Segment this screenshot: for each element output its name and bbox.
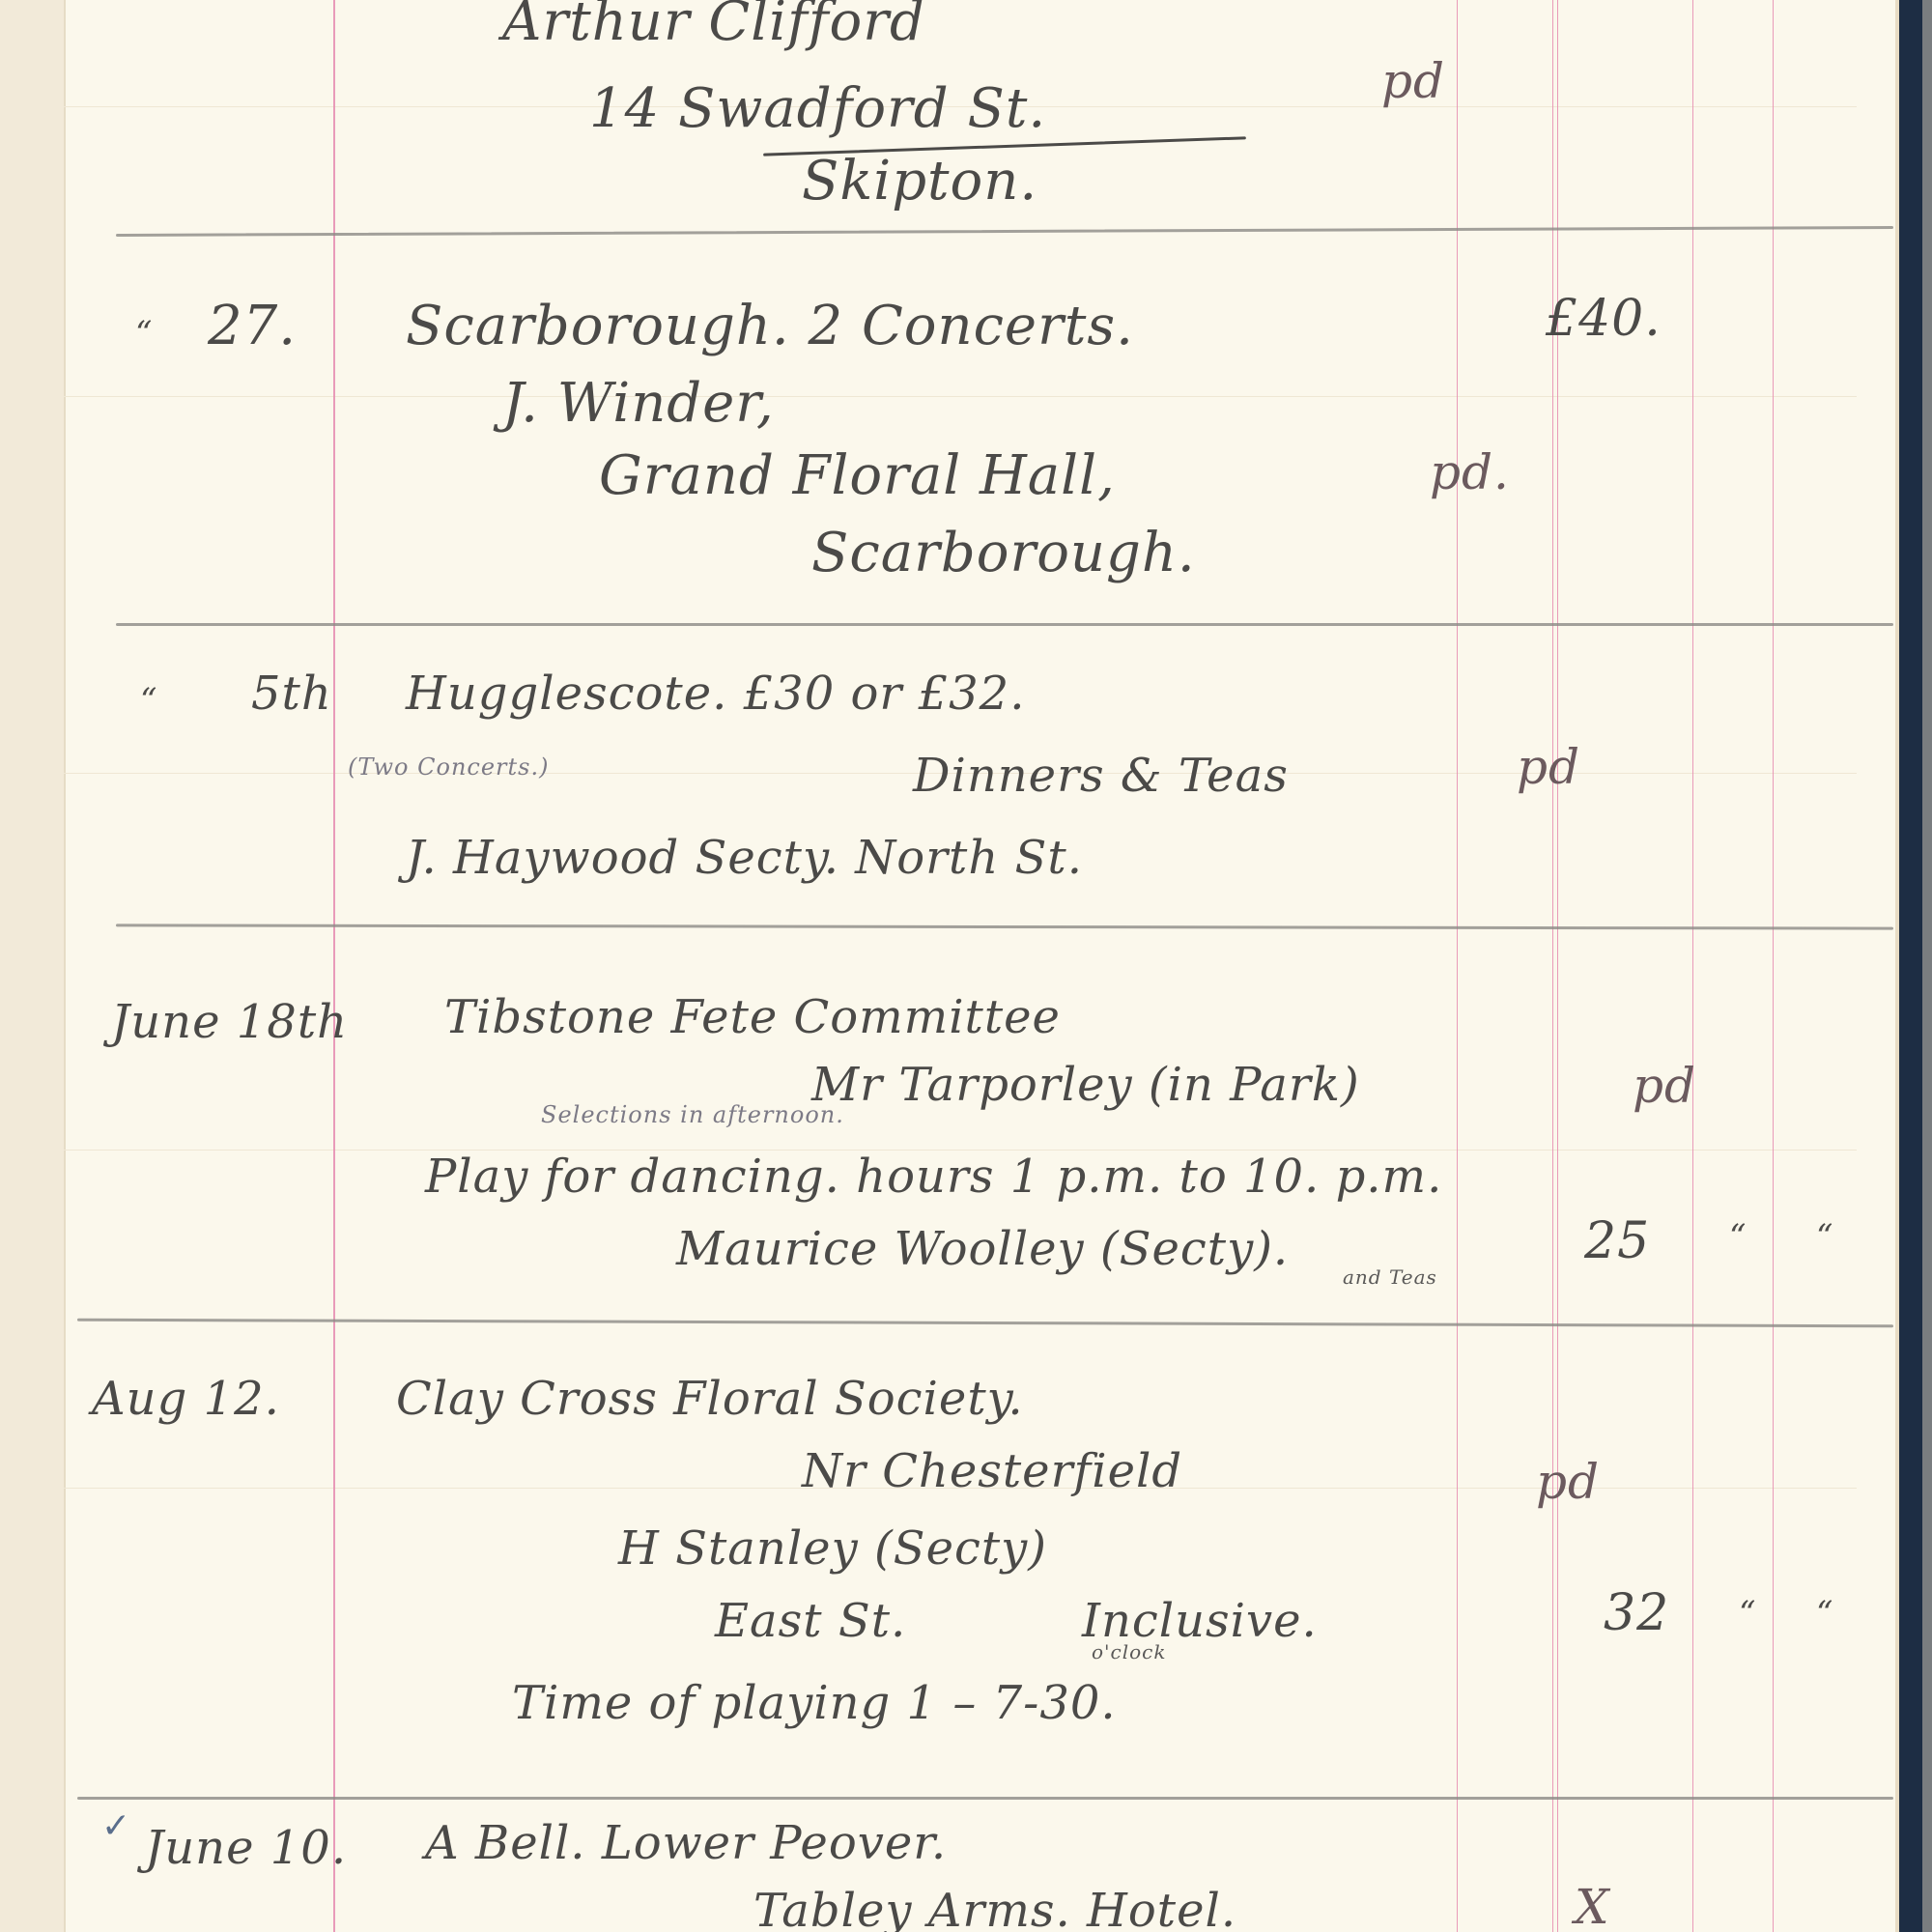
ditto-mark: “ [1816,1217,1833,1256]
entry-line: Skipton. [802,150,1037,213]
entry-amount: 25 [1584,1212,1650,1270]
date-column-rule [333,0,335,1932]
entry-line: Tibstone Fete Committee [444,990,1061,1044]
paid-mark: pd. [1430,444,1510,500]
ditto-mark: “ [140,681,156,720]
oclock-label: o'clock [1092,1640,1167,1663]
entry-line: Time of playing 1 – 7-30. [512,1676,1117,1730]
entry-line: Mr Tarporley (in Park) [811,1058,1360,1112]
entry-separator [116,623,1893,626]
entry-note: (Two Concerts.) [348,753,549,781]
shillings-column-rule [1692,0,1693,1932]
entry-sub-note: and Teas [1343,1265,1437,1289]
paid-mark: pd [1633,1058,1696,1114]
entry-line: Play for dancing. hours 1 p.m. to 10. p.… [425,1150,1442,1204]
entry-line: Nr Chesterfield [802,1444,1182,1498]
entry-line: Tabley Arms. Hotel. [753,1884,1236,1932]
entry-line: Arthur Clifford [502,0,925,53]
entry-note: Selections in afternoon. [541,1101,844,1128]
entry-date: June 18th [111,995,348,1049]
entry-separator [77,1319,1893,1328]
book-binding [1895,0,1922,1932]
paid-mark: pd [1517,739,1580,795]
entry-date: 27. [208,295,297,357]
entry-amount: £40. [1546,290,1662,348]
ditto-mark: “ [1816,1594,1833,1633]
cross-mark: X [1575,1879,1610,1932]
amount-column-rule [1457,0,1458,1932]
ditto-mark: “ [1729,1217,1746,1256]
entry-line: Scarborough. [811,522,1196,584]
ledger-page: Arthur Clifford 14 Swadford St. Skipton.… [0,0,1895,1932]
paid-mark: pd [1536,1454,1600,1510]
entry-line: Clay Cross Floral Society. [396,1372,1024,1426]
entry-separator [116,226,1893,237]
pence-column-rule [1773,0,1774,1932]
entry-line: 14 Swadford St. [589,77,1046,140]
entry-line: Hugglescote. £30 or £32. [406,667,1025,721]
entry-date: Aug 12. [92,1372,280,1426]
entry-line: A Bell. Lower Peover. [425,1816,947,1870]
entry-line: Maurice Woolley (Secty). [676,1222,1289,1276]
ditto-mark: “ [1739,1594,1755,1633]
entry-amount: 32 [1604,1584,1669,1642]
paid-mark: pd [1381,53,1445,109]
entry-date: June 10. [145,1821,347,1875]
entry-line: Dinners & Teas [913,749,1289,803]
entry-line: Grand Floral Hall, [599,444,1116,507]
entry-separator [116,923,1893,929]
entry-line: J. Winder, [502,372,775,435]
entry-line: H Stanley (Secty) [618,1521,1047,1576]
ditto-mark: “ [135,314,152,353]
check-mark-icon: ✓ [101,1806,130,1846]
entry-date: 5th [251,667,332,721]
entry-separator [77,1797,1893,1800]
entry-line: J. Haywood Secty. North St. [406,831,1083,885]
left-margin [0,0,66,1932]
entry-line: Scarborough. 2 Concerts. [406,295,1134,357]
entry-line: East St. [715,1594,906,1648]
